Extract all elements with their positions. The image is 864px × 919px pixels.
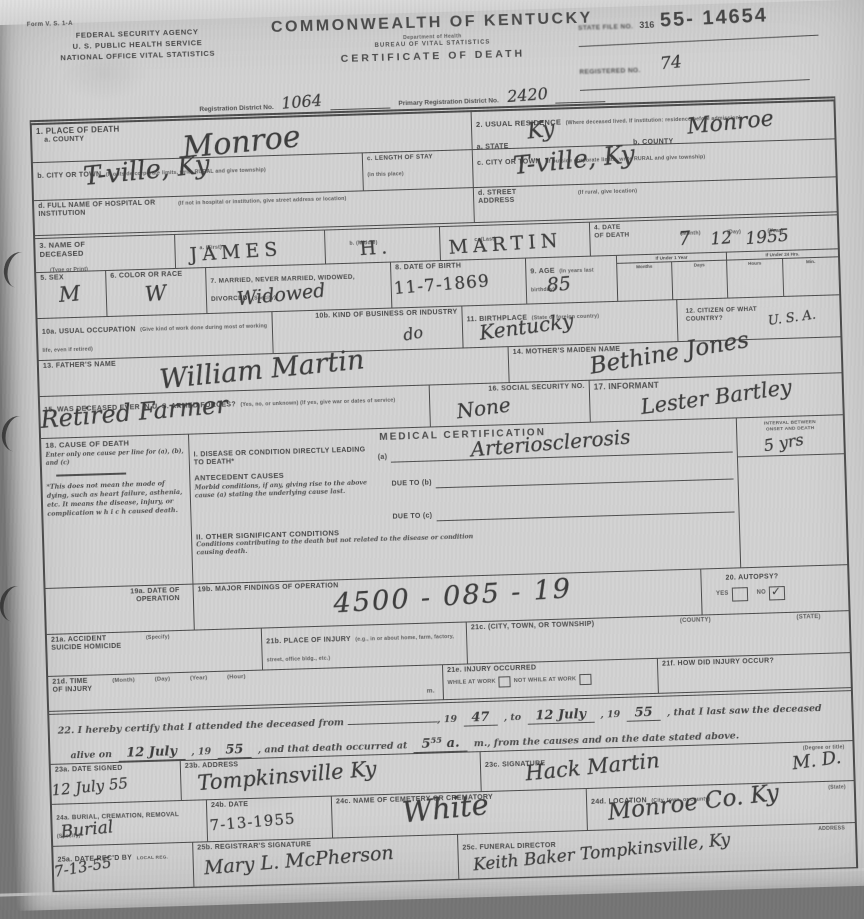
time-of-injury-label: 21d. TIME OF INJURY [52, 678, 96, 696]
field-date-of-birth: 8. DATE OF BIRTH 11-7-1869 [391, 259, 527, 308]
funeral-director-address-label: ADDRESS [818, 825, 845, 833]
race-value: W [144, 281, 167, 307]
field-burial-type: 24a. BURIAL, CREMATION, REMOVAL (Specify… [52, 800, 208, 846]
certificate-file-number: 55- 14654 [660, 5, 769, 30]
field-business-industry: 10b. KIND OF BUSINESS OR INDUSTRY do [272, 306, 463, 353]
field-length-of-stay: c. LENGTH OF STAY (in this place) [363, 150, 474, 190]
primary-district-value: 2420 [506, 84, 548, 106]
operation-date-label: 19a. DATE OF OPERATION [90, 587, 180, 606]
field-sex: 5. SEX M [36, 271, 107, 318]
street-address-note: (If rural, give location) [578, 182, 832, 196]
paper-sheet: Form V. S. 1-A FEDERAL SECURITY AGENCY U… [0, 0, 864, 911]
place-of-injury-label: 21b. PLACE OF INJURY [266, 636, 351, 646]
cert-text-5: , that I last saw the deceased [667, 703, 822, 719]
accident-note: (Specify) [146, 632, 257, 642]
birthplace-value: Kentucky [478, 308, 575, 344]
name-title: 3. NAME OF DECEASED [39, 238, 129, 259]
date-received-label-2: LOCAL REG. [137, 855, 169, 861]
cert-text-1: 22. I hereby certify that I attended the… [58, 717, 345, 736]
age-under-1-year-group: If Under 1 Year Months Days [616, 253, 727, 301]
disease-condition-label: I. DISEASE OR CONDITION DIRECTLY LEADING… [194, 446, 374, 468]
length-of-stay-label: c. LENGTH OF STAY [367, 152, 468, 163]
burial-type-value: Burial [60, 817, 114, 842]
file-number-rule [579, 35, 819, 47]
occupation-value: Retired Farmer [40, 391, 229, 434]
age-minutes-label: Min. [782, 258, 839, 296]
date-of-birth-value: 11-7-1869 [393, 271, 491, 299]
first-name-value: JAMES [189, 238, 283, 266]
cert-text-4: , 19 [600, 709, 620, 721]
cause-footnote: *This does not mean the mode of dying, s… [46, 479, 186, 519]
field-cause-of-death-sidebar: 18. CAUSE OF DEATH Enter only one cause … [41, 435, 193, 588]
due-to-c-label: DUE TO (c) [392, 513, 432, 523]
autopsy-yes-checkbox [731, 588, 747, 602]
middle-name-value: H. [359, 236, 393, 260]
cert-time: 5⁵⁵ a. [413, 735, 467, 753]
field-birthplace: 11. BIRTHPLACE (State or foreign country… [462, 300, 678, 347]
while-at-work-checkbox [499, 677, 511, 688]
marital-value: Widowed [236, 280, 326, 311]
field-color-or-race: 6. COLOR OR RACE W [106, 268, 207, 316]
burial-date-label: 24b. DATE [211, 799, 327, 811]
field-autopsy: 20. AUTOPSY? YES NO ✓ [701, 565, 848, 614]
registration-district-value: 1064 [281, 91, 323, 113]
field-interval-onset-death: INTERVAL BETWEEN ONSET AND DEATH 5 yrs [737, 415, 847, 567]
field-marital-status: 7. MARRIED, NEVER MARRIED, WIDOWED, DIVO… [206, 263, 392, 313]
field-cemetery-name: 24c. NAME OF CEMETERY OR CREMATORY White [332, 789, 588, 838]
cert-text-3: , to [504, 712, 522, 724]
citizen-label: 12. CITIZEN OF WHAT COUNTRY? [685, 305, 765, 322]
autopsy-yes-label: YES [716, 591, 729, 599]
certificate-table: 1. PLACE OF DEATH a. COUNTY Monroe 2. US… [30, 96, 859, 893]
accident-label: 21a. ACCIDENT SUICIDE HOMICIDE [51, 634, 131, 653]
autopsy-no-checkbox: ✓ [769, 586, 785, 600]
due-to-b-label: DUE TO (b) [391, 480, 431, 490]
file-stamp-small: 316 [639, 21, 654, 30]
how-injury-label: 21f. HOW DID INJURY OCCUR? [662, 655, 846, 669]
age-months-label: Months [617, 263, 672, 301]
cert-year-55b: 55 [217, 742, 252, 759]
field-medical-certification: MEDICAL CERTIFICATION I. DISEASE OR COND… [189, 418, 741, 583]
autopsy-no-mark: ✓ [771, 585, 781, 599]
certificate-form: Form V. S. 1-A FEDERAL SECURITY AGENCY U… [27, 0, 859, 893]
autopsy-no-label: NO [757, 590, 767, 598]
field-how-injury-occurred: 21f. HOW DID INJURY OCCUR? [658, 653, 851, 693]
ssn-label: 16. SOCIAL SECURITY NO. [434, 383, 585, 396]
field-accident-suicide-homicide: 21a. ACCIDENT SUICIDE HOMICIDE (Specify) [47, 629, 263, 676]
cert-year-55a: 55 [626, 705, 661, 722]
ssn-value: None [455, 392, 512, 423]
while-at-work-label: WHILE AT WORK [447, 679, 495, 688]
injury-county-label: (COUNTY) [680, 617, 711, 626]
cause-a-label: (a) [378, 454, 388, 463]
signature-degree-value: M. D. [790, 747, 842, 774]
field-burial-location: 24d. LOCATION (City, town, or county) (S… [587, 781, 855, 830]
armed-forces-note: (Yes, no, or unknown) (If yes, give war … [240, 398, 395, 409]
age-value: 85 [546, 273, 572, 297]
hospital-note: (If not in hospital or institution, give… [178, 194, 418, 208]
field-registrar-signature: 25b. REGISTRAR'S SIGNATURE Mary L. McPhe… [193, 835, 459, 887]
cert-blank-from [347, 712, 437, 725]
interval-rule [738, 453, 844, 457]
not-while-at-work-label: NOT WHILE AT WORK [514, 677, 577, 686]
field-name-of-deceased: 3. NAME OF DECEASED (Type or Print) [35, 235, 176, 272]
time-of-injury-m: m. [427, 687, 435, 696]
field-burial-date: 24b. DATE 7-13-1955 [207, 797, 333, 842]
field-middle-name: b. (Middle) H. [325, 227, 441, 263]
industry-value: do [402, 322, 425, 344]
burial-date-value: 7-13-1955 [209, 809, 296, 834]
state-file-label: STATE FILE NO. [578, 23, 633, 32]
field-informant: 17. INFORMANT Lester Bartley [590, 373, 843, 421]
date-signed-label: 23a. DATE SIGNED [55, 763, 176, 775]
scanned-death-certificate: Form V. S. 1-A FEDERAL SECURITY AGENCY U… [0, 0, 864, 919]
sex-value: M [58, 281, 81, 307]
industry-label: 10b. KIND OF BUSINESS OR INDUSTRY [276, 309, 457, 323]
date-of-death-year: 1955 [745, 226, 790, 249]
funeral-director-value: Keith Baker Tompkinsville, Ky [472, 830, 731, 876]
field-date-received: 25a. DATE REC'D BY LOCAL REG. 7-13-55 [53, 843, 194, 891]
cert-text-6: alive on [70, 749, 112, 761]
not-while-at-work-checkbox [579, 674, 591, 685]
field-social-security: 16. SOCIAL SECURITY NO. None [430, 381, 591, 427]
burial-location-value: Monroe Co. Ky [606, 780, 780, 826]
cert-year-47: 47 [463, 710, 498, 727]
date-of-death-month: 7 [678, 227, 692, 250]
field-date-signed: 23a. DATE SIGNED 12 July 55 [51, 761, 182, 804]
residence-state-value: Ky [526, 117, 556, 145]
date-of-death-label: 4. DATE OF DEATH [594, 223, 630, 240]
age-main: 9. AGE (In years last birthday) 85 [526, 256, 617, 304]
findings-value: 4500 - 085 - 19 [331, 573, 574, 619]
cause-divider [56, 473, 126, 477]
signature-value: Hack Martin [524, 748, 660, 785]
cemetery-value: White [401, 787, 491, 829]
autopsy-label: 20. AUTOPSY? [725, 571, 843, 583]
street-address-label: d. STREET ADDRESS [478, 188, 538, 207]
cert-date-1: 12 July [527, 707, 594, 725]
burial-location-state-note: (State) [828, 784, 846, 791]
field-place-of-injury: 21b. PLACE OF INJURY (e.g., in or about … [262, 622, 468, 669]
antecedent-note: Morbid conditions, if any, giving rise t… [194, 479, 380, 528]
age-hours-label: Hours [727, 259, 783, 297]
field-injury-occurred: 21e. INJURY OCCURRED WHILE AT WORK NOT W… [443, 659, 659, 699]
form-row: 18. CAUSE OF DEATH Enter only one cause … [41, 415, 847, 589]
date-signed-value: 12 July 55 [51, 774, 129, 800]
field-age: 9. AGE (In years last birthday) 85 If Un… [526, 249, 839, 303]
injury-city-label: 21c. (CITY, TOWN, OR TOWNSHIP) [471, 621, 595, 633]
field-usual-occupation: 10a. USUAL OCCUPATION (Give kind of work… [38, 312, 274, 360]
cert-text-2: , 19 [437, 714, 457, 726]
hospital-label: d. FULL NAME OF HOSPITAL OR INSTITUTION [38, 199, 168, 220]
date-of-birth-label: 8. DATE OF BIRTH [395, 261, 521, 273]
cert-text-8: , and that death occurred at [258, 740, 408, 755]
age-under-24-hours-group: If Under 24 Hrs. Hours Min. [726, 249, 839, 297]
injury-state-label: (STATE) [796, 614, 820, 623]
length-of-stay-note: (in this place) [367, 171, 404, 178]
cause-instruction: Enter only one cause per line for (a), (… [45, 448, 184, 468]
field-first-name: a. (First) JAMES [175, 231, 326, 268]
cert-text-7: , 19 [191, 746, 211, 758]
registered-no-label: REGISTERED NO. [579, 67, 640, 76]
field-last-name: c. (Last) MARTIN [440, 223, 591, 260]
occupation-label: 10a. USUAL OCCUPATION [42, 326, 136, 336]
last-name-value: MARTIN [448, 230, 563, 259]
field-date-of-operation: 19a. DATE OF OPERATION [46, 585, 195, 634]
age-days-label: Days [671, 261, 727, 299]
registered-no-value: 74 [659, 52, 683, 74]
date-of-death-day: 12 [710, 228, 733, 250]
cert-date-2: 12 July [118, 744, 185, 762]
citizen-value: U. S. A. [767, 308, 817, 329]
race-label: 6. COLOR OR RACE [110, 270, 201, 281]
